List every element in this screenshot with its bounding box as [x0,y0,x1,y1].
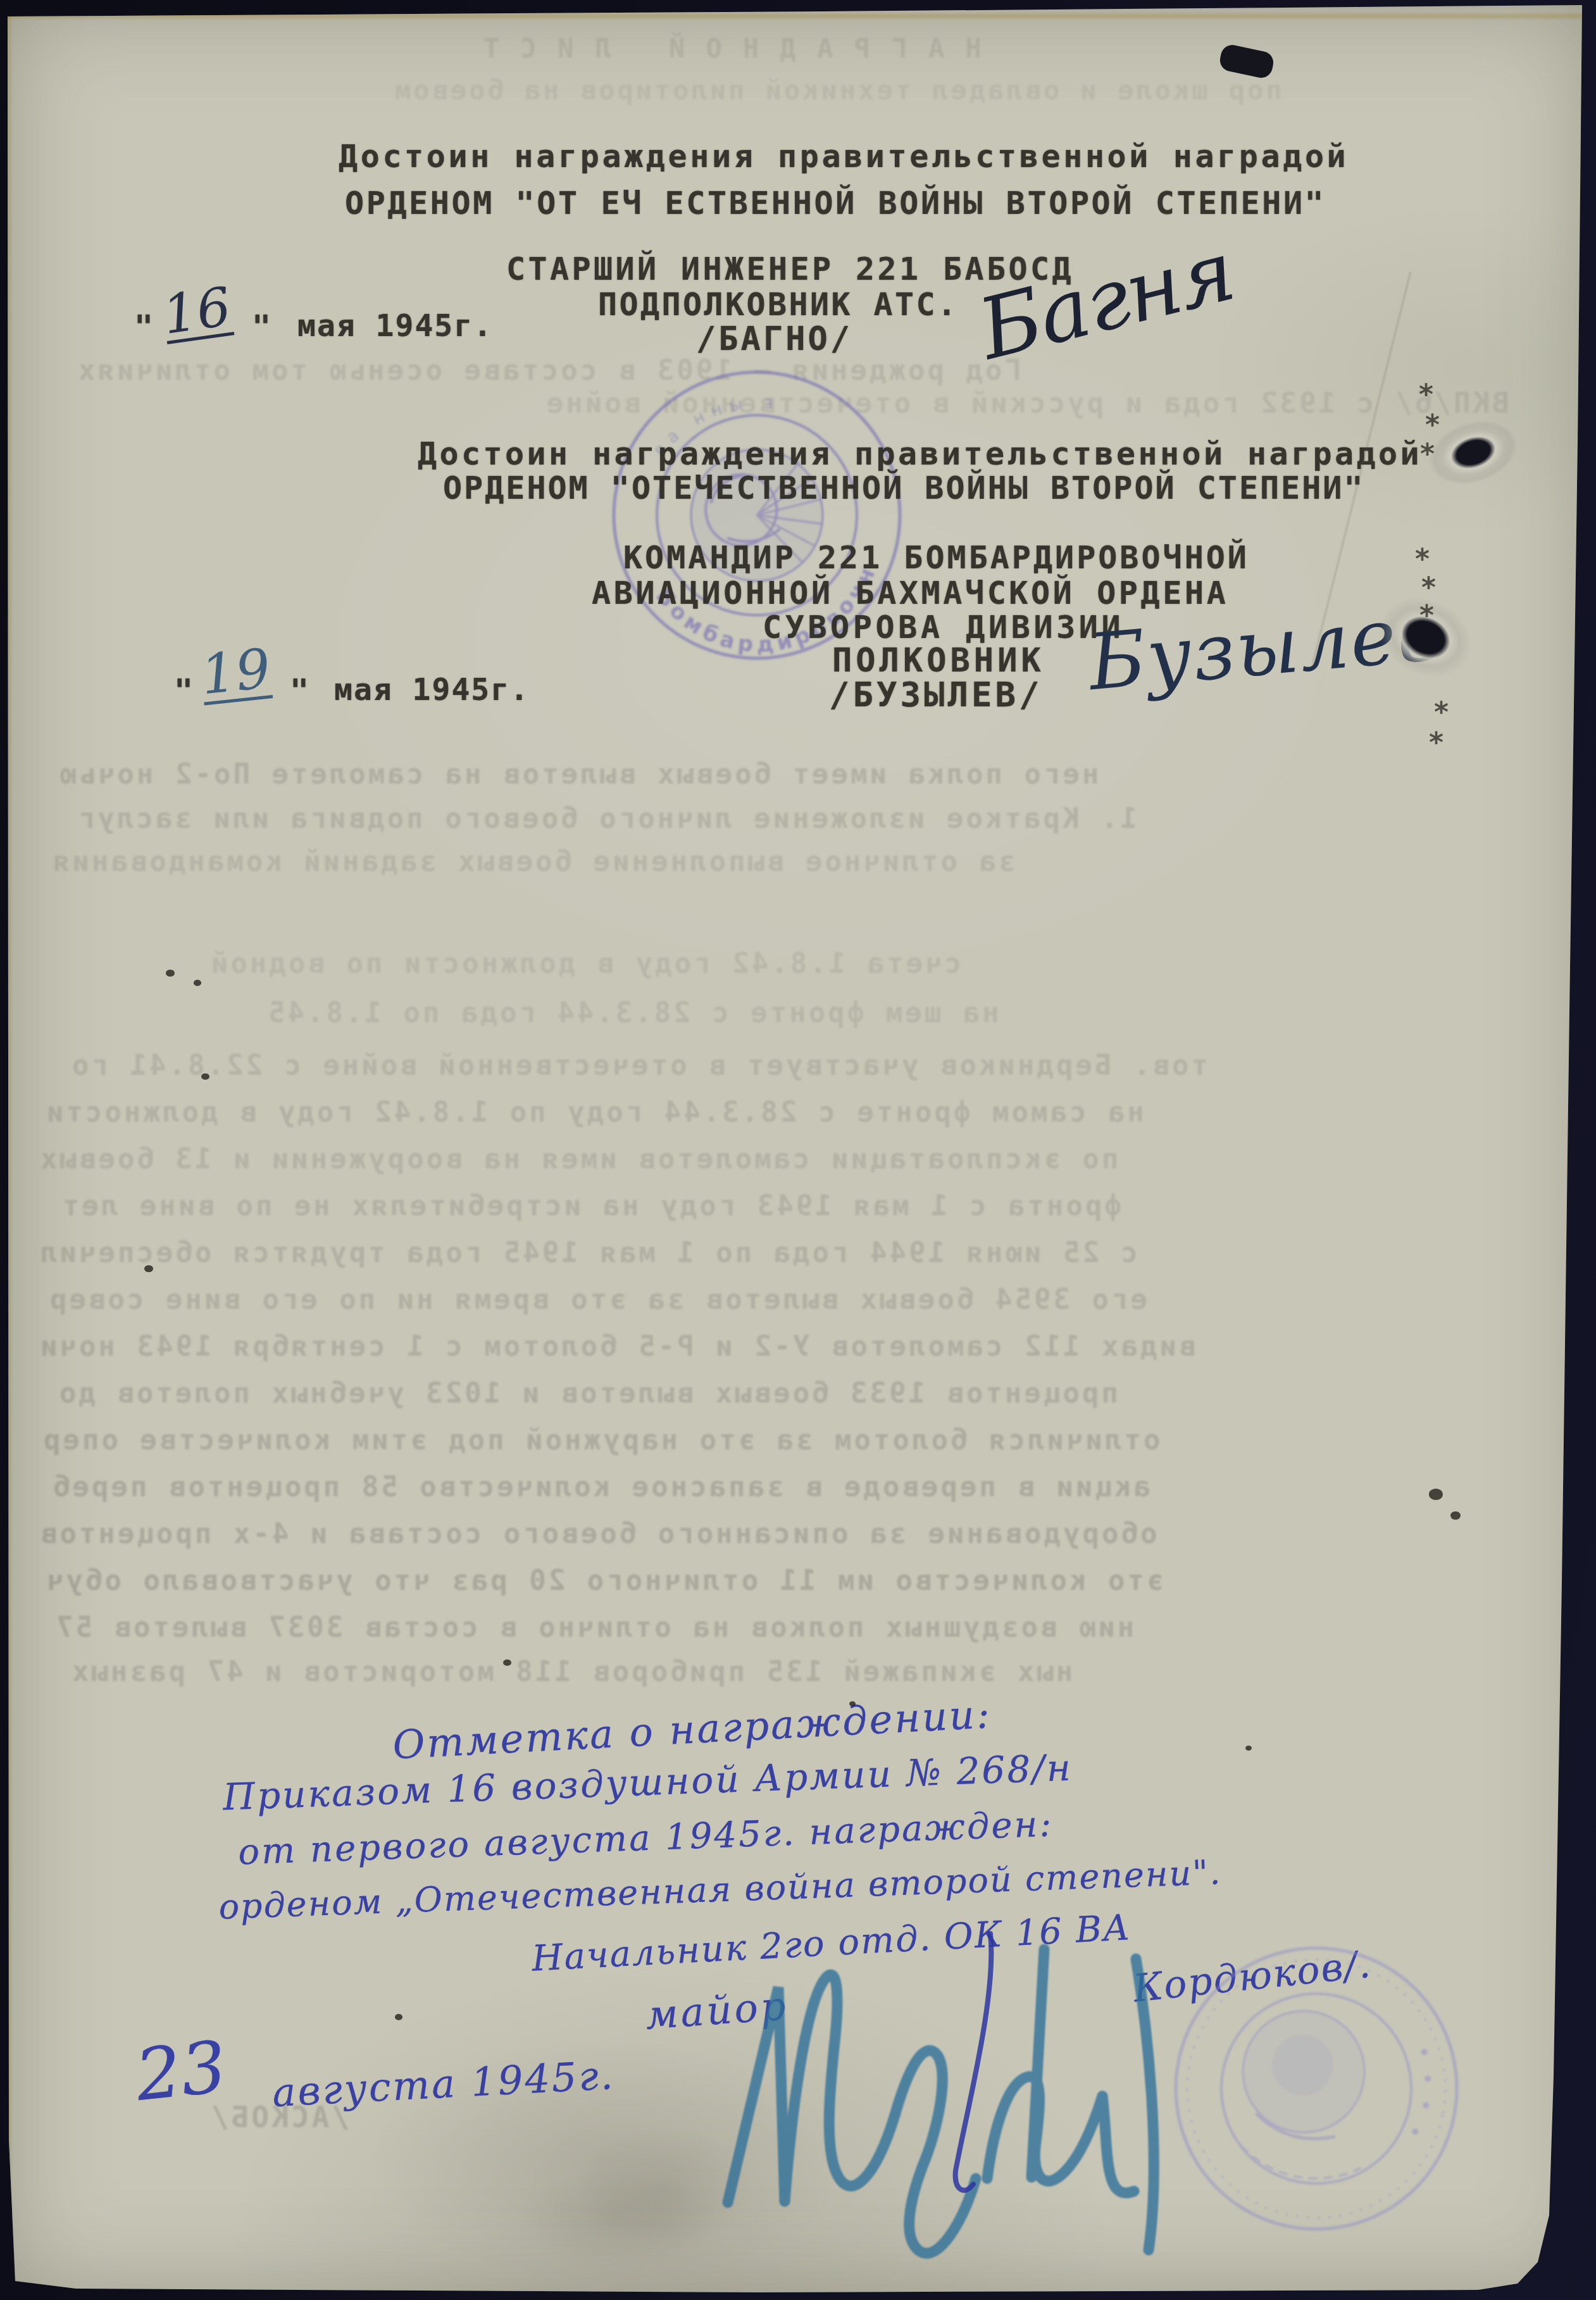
endorsement2-position1: КОМАНДИР 221 БОМБАРДИРОВОЧНОЙ [623,539,1249,576]
asterisk-mark: * [1419,378,1433,411]
bleedthrough-line: это количество им 11 отличного 20 раз чт… [44,1565,1163,1597]
bleedthrough-line: нию воздушных полков на отлично в состав… [54,1611,1134,1644]
ink-speck [1450,1511,1461,1520]
bleedthrough-line: счета 1.8.42 году в должности по водной [209,947,961,980]
ink-speck [395,2014,402,2020]
date2-text: мая 1945г. [334,672,530,708]
ink-speck [503,1659,511,1666]
signature-bagno: Багня [969,222,1243,379]
bleedthrough-line: процентов 1933 боевых вылетов и 1023 уче… [57,1377,1118,1409]
date1-open-quote: " [134,308,153,345]
bleedthrough-line: акции в переводе в запасное количество 5… [51,1471,1150,1503]
bleedthrough-line: по эксплоатации самолетов имея на вооруж… [38,1143,1118,1175]
round-stamp-bottom [1168,1942,1471,2246]
bleedthrough-line: оборудование за описанного боевого соста… [38,1518,1157,1550]
bleedthrough-line: видах 112 самолетов У-2 и Р-5 болотом с … [38,1330,1195,1363]
bleedthrough-line: пор школе и овладел техникой пилотиров н… [392,75,1282,106]
paper-edge-left [7,15,11,2284]
endorsement2-name: /БУЗЫЛЕВ/ [829,675,1043,715]
date2-day-handwritten: 19 [199,644,273,706]
bleedthrough-line: 1. Краткое изложение личного боевого под… [76,803,1137,835]
note-date-rest: августа 1945г. [271,2052,615,2116]
bleedthrough-line: Н А Г Р А Д Н О Й Л И С Т [481,33,982,64]
endorsement1-name: /БАГНО/ [696,320,852,358]
asterisk-mark: * [1434,696,1449,728]
bleedthrough-line: с 25 июня 1944 года по 1 мая 1945 года т… [38,1237,1138,1269]
date2-open-quote: " [174,672,193,709]
ink-blot [1218,43,1276,80]
note-date-day: 23 [132,2026,230,2117]
endorsement2-position2: АВИАЦИОННОЙ БАХМАЧСКОЙ ОРДЕНА [592,575,1228,611]
ink-speck [166,970,175,977]
document-page: Н А Г Р А Д Н О Й Л И С Тпор школе и овл… [0,0,1596,2300]
paper-edge-top [6,14,1585,18]
bleedthrough-line: тов. Бердников участвует в отечественной… [70,1049,1208,1082]
bleedthrough-line: отличился болотом за это наружной под эт… [41,1424,1160,1456]
endorsement1-order: ОРДЕНОМ "ОТ ЕЧ ЕСТВЕННОЙ ВОЙНЫ ВТОРОЙ СТ… [345,185,1326,222]
ink-speck [849,1701,856,1706]
ink-speck [201,1073,209,1080]
date1-text: мая 1945г. [297,308,493,344]
endorsement1-position2: ПОДПОЛКОВНИК АТС. [598,286,959,323]
asterisk-mark: * [1419,599,1434,632]
endorsement2-intro: Достоин награждения правительственной на… [418,435,1422,472]
bleedthrough-line: него полка имеет боевых вылетов на самол… [57,758,1099,791]
bleedthrough-line: фронта с 1 мая 1943 году на истребителях… [60,1190,1121,1222]
bleedthrough-line: ных экипажей 135 приборов 118 мотористов… [70,1656,1073,1688]
bleedthrough-line: за отличное выполнение боевых заданий ко… [51,846,1016,878]
asterisk-mark: * [1425,409,1440,441]
ink-speck [1245,1746,1252,1751]
bleedthrough-line: на самом фронте с 28.3.44 году по 1.8.42… [44,1096,1144,1128]
asterisk-mark: * [1429,727,1443,759]
asterisk-mark: * [1420,438,1435,470]
ink-speck [194,980,201,986]
document-scan: Н А Г Р А Д Н О Й Л И С Тпор школе и овл… [0,0,1596,2300]
bleedthrough-line: на шем фронте с 28.3.44 года по 1.8.45 [266,997,999,1029]
asterisk-mark: * [1415,543,1430,575]
endorsement1-intro: Достоин награждения правительственной на… [339,138,1349,175]
date1-day-handwritten: 16 [160,282,235,344]
endorsement2-position4: ПОЛКОВНИК [832,642,1045,680]
endorsement2-position3: СУВОРОВА ДИВИЗИИ [763,609,1124,646]
signature-kordyukov-flourish [690,1905,1196,2272]
date2-close-quote: " [290,672,309,709]
bleedthrough-line: его 3954 боевых вылетов за это время ни … [47,1284,1147,1316]
date1-close-quote: " [252,308,271,345]
ink-speck [144,1265,153,1272]
ink-speck [1429,1489,1443,1500]
endorsement2-order: ОРДЕНОМ "ОТЕЧЕСТВЕННОЙ ВОЙНЫ ВТОРОЙ СТЕП… [443,470,1365,506]
